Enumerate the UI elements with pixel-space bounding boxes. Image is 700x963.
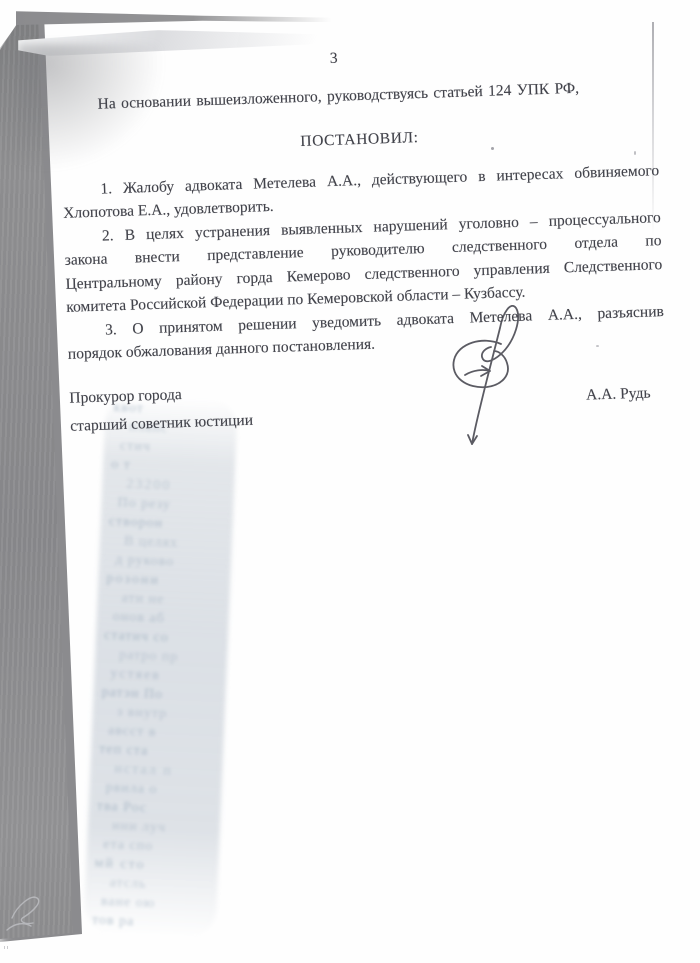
scan-speck — [634, 151, 636, 155]
document-body: 3 На основании вышеизложенного, руководс… — [58, 36, 667, 438]
edge-scribble — [2, 886, 62, 941]
scanned-document-page: квотплансстичо т23200По резустворонВ цел… — [0, 0, 700, 963]
signoff-block: Прокурор города старший советник юстиции… — [69, 367, 667, 439]
scan-speck — [491, 147, 494, 150]
signoff-name: А.А. Рудь — [586, 381, 651, 407]
signature-ink — [443, 286, 549, 452]
resolution-heading: ПОСТАНОВИЛ: — [61, 118, 658, 161]
intro-line: На основании вышеизложенного, руководств… — [59, 74, 656, 117]
scan-speck — [4, 946, 9, 949]
page-top-edge-shadow — [16, 10, 338, 25]
scan-speck — [596, 345, 599, 347]
bleedthrough-text: квотплансстичо т23200По резустворонВ цел… — [90, 398, 262, 939]
